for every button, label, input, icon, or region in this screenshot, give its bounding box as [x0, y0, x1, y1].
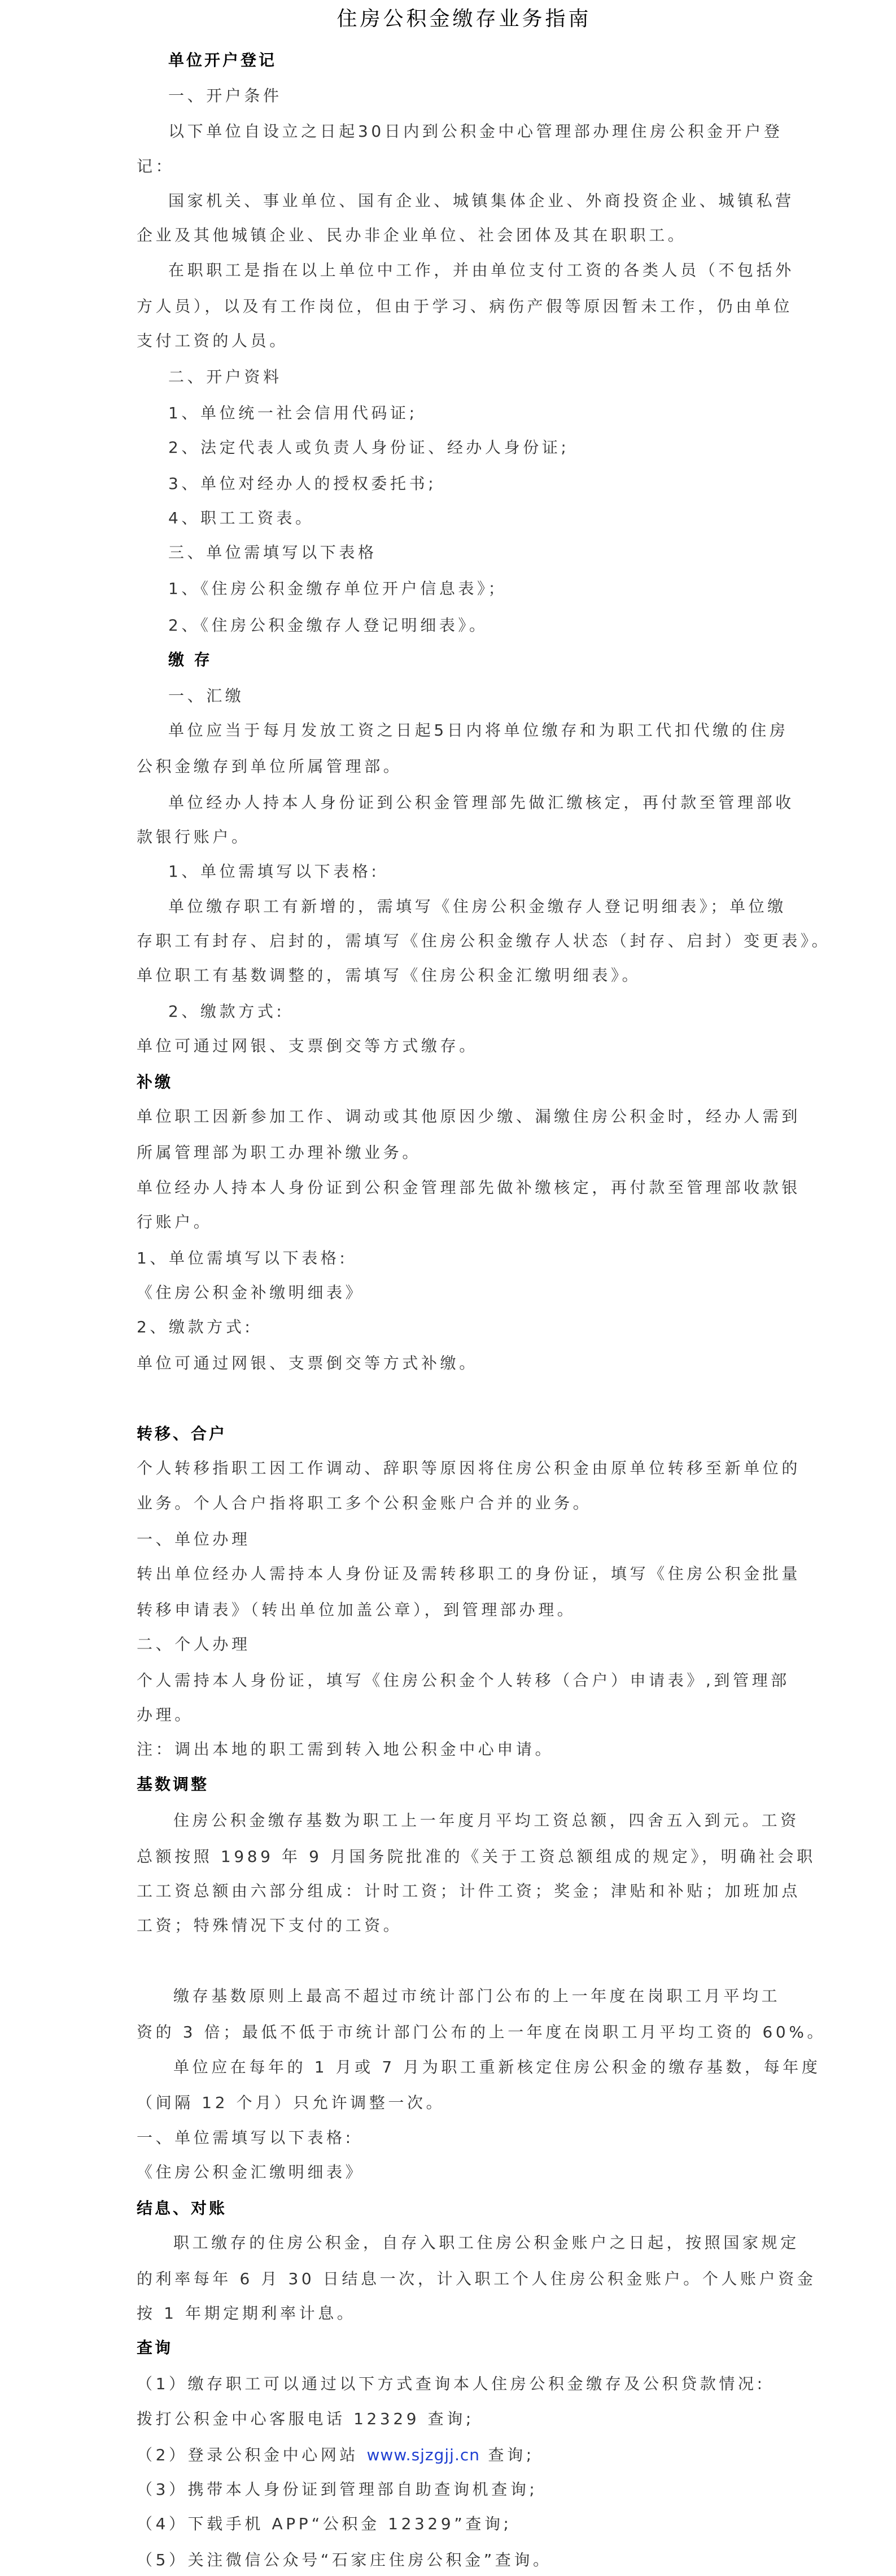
- body-text-line: （3）携带本人身份证到管理部自助查询机查询;: [137, 2480, 537, 2499]
- body-text-line: 一、开户条件: [168, 86, 282, 106]
- body-text-line: 单位经办人持本人身份证到公积金管理部先做补缴核定，再付款至管理部收款银: [137, 1178, 801, 1197]
- body-text-line: 方人员），以及有工作岗位，但由于学习、病伤产假等原因暂未工作，仍由单位: [137, 297, 793, 316]
- website-link[interactable]: www.sjzgjj.cn: [367, 2446, 480, 2464]
- section-heading: 查询: [137, 2338, 173, 2358]
- body-text-line: 1、《住房公积金缴存单位开户信息表》；: [168, 579, 507, 598]
- body-text-line: 工资；特殊情况下支付的工资。: [137, 1916, 402, 1935]
- body-text-line: 单位应当于每月发放工资之日起5日内将单位缴存和为职工代扣代缴的住房: [168, 721, 789, 740]
- body-text-line: 4、职工工资表。: [168, 509, 314, 528]
- body-text-line: 业务。个人合户指将职工多个公积金账户合并的业务。: [137, 1494, 592, 1513]
- website-query-line: （2）登录公积金中心网站 www.sjzgjj.cn 查询;: [137, 2446, 535, 2465]
- body-text-line: 单位经办人持本人身份证到公积金管理部先做汇缴核定，再付款至管理部收: [168, 793, 794, 812]
- document-title: 住房公积金缴存业务指南: [137, 7, 792, 32]
- body-text-line: 总额按照 1989 年 9 月国务院批准的《关于工资总额组成的规定》，明确社会职: [137, 1847, 816, 1866]
- body-text-line: 所属管理部为职工办理补缴业务。: [137, 1143, 421, 1162]
- body-text-line: 《住房公积金补缴明细表》: [137, 1283, 364, 1302]
- body-text-line: 《住房公积金汇缴明细表》: [137, 2163, 364, 2182]
- body-text-line: 2、缴款方式:: [137, 1318, 253, 1337]
- section-heading: 单位开户登记: [168, 51, 277, 70]
- body-text-line: 一、单位需填写以下表格:: [137, 2128, 354, 2148]
- body-text-line: （1）缴存职工可以通过以下方式查询本人住房公积金缴存及公积贷款情况:: [137, 2374, 766, 2394]
- document-page: 住房公积金缴存业务指南 单位开户登记一、开户条件以下单位自设立之日起30日内到公…: [0, 0, 896, 2576]
- website-line-suffix: 查询;: [480, 2446, 535, 2464]
- body-text-line: 单位缴存职工有新增的，需填写《住房公积金缴存人登记明细表》；单位缴: [168, 897, 786, 916]
- body-text-line: 行账户。: [137, 1213, 212, 1232]
- body-text-line: 公积金缴存到单位所属管理部。: [137, 757, 402, 776]
- body-text-line: 住房公积金缴存基数为职工上一年度月平均工资总额，四舍五入到元。工资: [173, 1811, 799, 1830]
- body-text-line: 支付工资的人员。: [137, 331, 289, 351]
- body-text-line: （5）关注微信公众号“石家庄住房公积金”查询。: [137, 2551, 552, 2570]
- body-text-line: 资的 3 倍；最低不低于市统计部门公布的上一年度在岗职工月平均工资的 60%。: [137, 2023, 826, 2042]
- section-heading: 结息、对账: [137, 2199, 227, 2218]
- body-text-line: 按 1 年期定期利率计息。: [137, 2304, 356, 2323]
- body-text-line: 一、单位办理: [137, 1530, 251, 1549]
- body-text-line: 工工资总额由六部分组成：计时工资；计件工资；奖金；津贴和补贴；加班加点: [137, 1882, 801, 1901]
- section-heading: 基数调整: [137, 1775, 209, 1794]
- body-text-line: 记：: [137, 157, 174, 176]
- section-heading: 缴 存: [168, 650, 212, 670]
- body-text-line: 企业及其他城镇企业、民办非企业单位、社会团体及其在职职工。: [137, 226, 687, 245]
- body-text-line: 二、开户资料: [168, 368, 282, 387]
- body-text-line: 1、单位需填写以下表格:: [168, 862, 379, 881]
- body-text-line: 1、单位统一社会信用代码证;: [168, 404, 418, 423]
- body-text-line: 缴存基数原则上最高不超过市统计部门公布的上一年度在岗职工月平均工: [173, 1987, 780, 2006]
- body-text-line: 职工缴存的住房公积金，自存入职工住房公积金账户之日起，按照国家规定: [173, 2233, 799, 2253]
- body-text-line: 个人需持本人身份证，填写《住房公积金个人转移（合户）申请表》,到管理部: [137, 1671, 790, 1690]
- body-text-line: 单位应在每年的 1 月或 7 月为职工重新核定住房公积金的缴存基数，每年度: [173, 2058, 820, 2077]
- website-line-prefix: （2）登录公积金中心网站: [137, 2446, 367, 2464]
- body-text-line: 单位职工有基数调整的，需填写《住房公积金汇缴明细表》。: [137, 966, 641, 985]
- body-text-line: 款银行账户。: [137, 828, 251, 847]
- body-text-line: 存职工有封存、启封的，需填写《住房公积金缴存人状态（封存、启封）变更表》。: [137, 931, 831, 951]
- body-text-line: 单位职工因新参加工作、调动或其他原因少缴、漏缴住房公积金时，经办人需到: [137, 1107, 801, 1126]
- body-text-line: 1、单位需填写以下表格:: [137, 1249, 348, 1268]
- body-text-line: 以下单位自设立之日起30日内到公积金中心管理部办理住房公积金开户登: [168, 122, 783, 141]
- body-text-line: 办理。: [137, 1705, 194, 1725]
- body-text-line: 二、个人办理: [137, 1635, 251, 1654]
- body-text-line: 单位可通过网银、支票倒交等方式缴存。: [137, 1036, 478, 1056]
- body-text-line: 拨打公积金中心客服电话 12329 查询;: [137, 2409, 474, 2429]
- body-text-line: 在职职工是指在以上单位中工作，并由单位支付工资的各类人员（不包括外: [168, 261, 794, 280]
- body-text-line: 注：调出本地的职工需到转入地公积金中心申请。: [137, 1740, 554, 1759]
- body-text-line: 单位可通过网银、支票倒交等方式补缴。: [137, 1354, 478, 1373]
- body-text-line: （4）下载手机 APP“公积金 12329”查询;: [137, 2514, 512, 2534]
- body-text-line: （间隔 12 个月）只允许调整一次。: [137, 2093, 445, 2113]
- body-text-line: 转出单位经办人需持本人身份证及需转移职工的身份证，填写《住房公积金批量: [137, 1564, 801, 1584]
- body-text-line: 2、《住房公积金缴存人登记明细表》。: [168, 616, 488, 635]
- body-text-line: 3、单位对经办人的授权委托书;: [168, 474, 436, 493]
- body-text-line: 2、缴款方式:: [168, 1002, 285, 1021]
- body-text-line: 转移申请表》（转出单位加盖公章），到管理部办理。: [137, 1600, 576, 1620]
- body-text-line: 三、单位需填写以下表格: [168, 543, 377, 562]
- body-text-line: 个人转移指职工因工作调动、辞职等原因将住房公积金由原单位转移至新单位的: [137, 1459, 801, 1478]
- body-text-line: 的利率每年 6 月 30 日结息一次，计入职工个人住房公积金账户。个人账户资金: [137, 2269, 816, 2289]
- body-text-line: 一、汇缴: [168, 686, 244, 706]
- section-heading: 转移、合户: [137, 1424, 227, 1444]
- section-heading: 补缴: [137, 1073, 173, 1092]
- body-text-line: 国家机关、事业单位、国有企业、城镇集体企业、外商投资企业、城镇私营: [168, 191, 794, 211]
- body-text-line: 2、法定代表人或负责人身份证、经办人身份证;: [168, 438, 569, 457]
